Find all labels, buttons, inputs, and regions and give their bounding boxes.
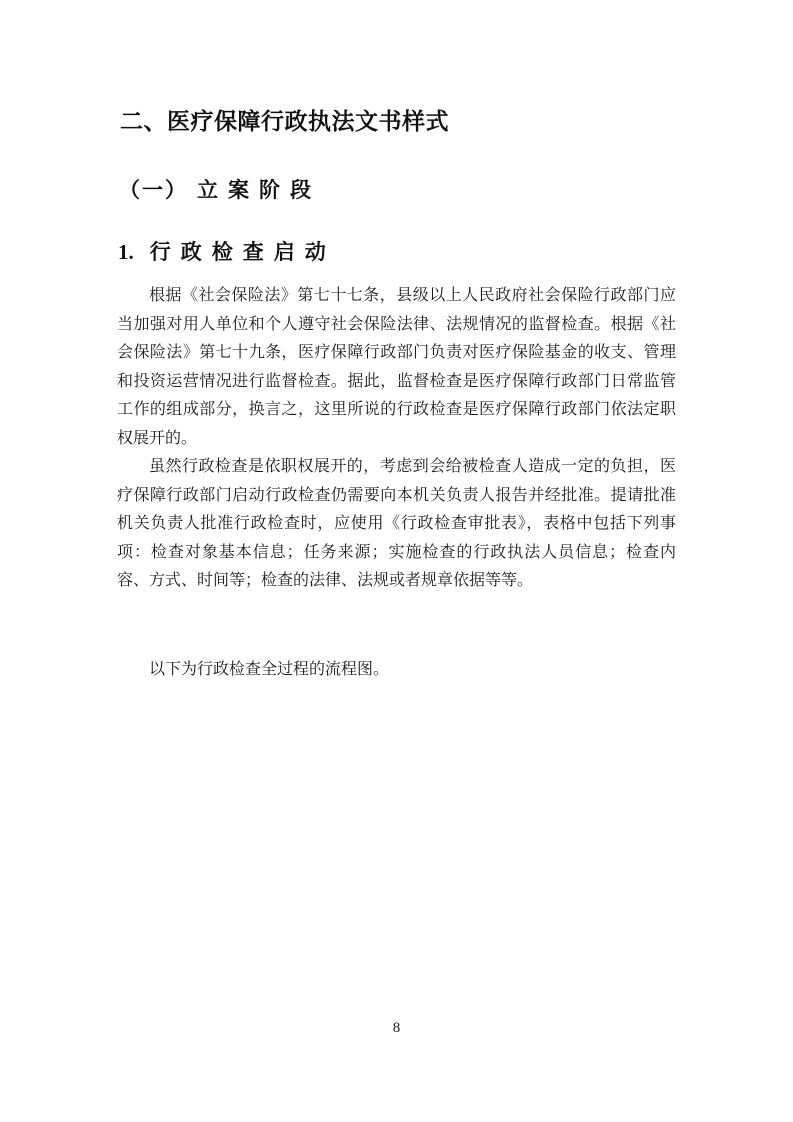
subsection-title: 行政检查启动 [150,240,336,264]
page-number: 8 [0,1020,793,1037]
section-title: 立案阶段 [197,178,321,202]
section-number: （一） [119,178,188,202]
document-body: 根据《社会保险法》第七十七条，县级以上人民政府社会保险行政部门应当加强对用人单位… [117,282,676,684]
paragraph: 虽然行政检查是依职权展开的，考虑到会给被检查人造成一定的负担，医疗保障行政部门启… [117,453,676,596]
subsection-number: 1. [118,240,134,264]
section-heading: （一）立案阶段 [119,174,321,204]
document-title: 二、医疗保障行政执法文书样式 [120,103,449,136]
paragraph: 根据《社会保险法》第七十七条，县级以上人民政府社会保险行政部门应当加强对用人单位… [117,282,676,453]
document-page: 二、医疗保障行政执法文书样式 （一）立案阶段 1.行政检查启动 根据《社会保险法… [0,0,793,1122]
paragraph: 以下为行政检查全过程的流程图。 [117,656,676,685]
subsection-heading: 1.行政检查启动 [118,236,336,266]
